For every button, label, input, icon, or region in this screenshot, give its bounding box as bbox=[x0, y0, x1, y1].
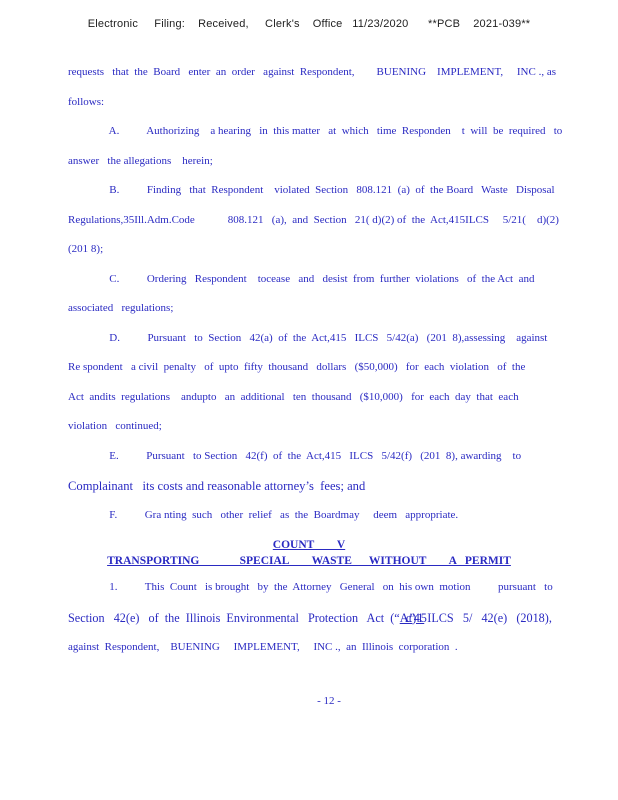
para1-line2-pre: Section 42(e) of the Illinois Environmen… bbox=[68, 611, 400, 625]
count-v-title: TRANSPORTING SPECIAL WASTE WITHOUT A PER… bbox=[68, 555, 550, 567]
document-body: requests that the Board enter an order a… bbox=[0, 67, 618, 707]
document-page: Electronic Filing: Received, Clerk's Off… bbox=[0, 0, 618, 800]
item-d-line-2: Re spondent a civil penalty of upto fift… bbox=[68, 362, 590, 373]
para1-line2-overlapped-citation: Act”)415 bbox=[400, 611, 425, 625]
item-a-line-1: A. Authorizing a hearing in this matter … bbox=[68, 126, 590, 137]
item-b-line-3: (201 8); bbox=[68, 244, 590, 255]
count-v-paragraph-1: 1. This Count is brought by the Attorney… bbox=[68, 582, 590, 653]
para1-line2-post: ILCS 5/ 42(e) (2018), bbox=[424, 611, 552, 625]
count-v-para1-line-2: Section 42(e) of the Illinois Environmen… bbox=[68, 612, 590, 624]
item-e-line-1: E. Pursuant to Section 42(f) of the Act,… bbox=[68, 451, 590, 462]
para-intro-line-1: requests that the Board enter an order a… bbox=[68, 67, 590, 78]
item-c-line-1: C. Ordering Respondent tocease and desis… bbox=[68, 274, 590, 285]
item-d-line-3: Act andits regulations andupto an additi… bbox=[68, 392, 590, 403]
item-b-line-2: Regulations,35Ill.Adm.Code 808.121 (a), … bbox=[68, 215, 590, 226]
item-f-line-1: F. Gra nting such other relief as the Bo… bbox=[68, 510, 590, 521]
count-v-para1-line-3: against Respondent, BUENING IMPLEMENT, I… bbox=[68, 642, 590, 653]
item-d-line-1: D. Pursuant to Section 42(a) of the Act,… bbox=[68, 333, 590, 344]
item-c-line-2: associated regulations; bbox=[68, 303, 590, 314]
item-b-line-1: B. Finding that Respondent violated Sect… bbox=[68, 185, 590, 196]
count-v-heading: COUNT V bbox=[68, 539, 550, 551]
page-number: - 12 - bbox=[68, 695, 590, 707]
electronic-filing-header: Electronic Filing: Received, Clerk's Off… bbox=[0, 0, 618, 30]
item-a-line-2: answer the allegations herein; bbox=[68, 156, 590, 167]
item-e-line-2: Complainant its costs and reasonable att… bbox=[68, 480, 590, 493]
item-d-line-4: violation continued; bbox=[68, 421, 590, 432]
para-intro-line-2: follows: bbox=[68, 97, 590, 108]
count-v-para1-line-1: 1. This Count is brought by the Attorney… bbox=[68, 582, 590, 593]
count-v-heading-text: COUNT V bbox=[273, 539, 345, 551]
count-v-title-text: TRANSPORTING SPECIAL WASTE WITHOUT A PER… bbox=[107, 555, 511, 567]
